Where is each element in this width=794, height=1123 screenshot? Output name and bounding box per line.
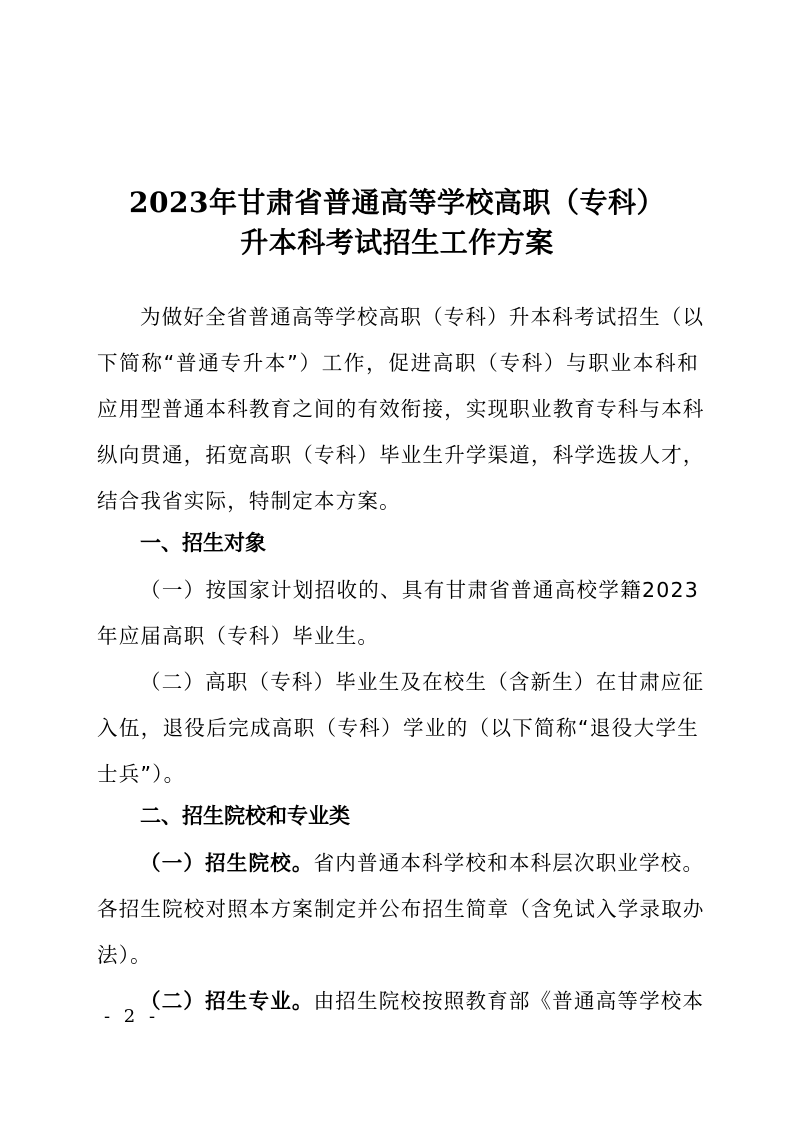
- intro-line-3: 应用型普通本科教育之间的有效衔接，实现职业教育专科与本科: [97, 392, 699, 422]
- page-number: - 2 -: [104, 1006, 159, 1027]
- intro-line-5: 结合我省实际，特制定本方案。: [97, 484, 699, 514]
- section-2-item-1-line-2: 各招生院校对照本方案制定并公布招生简章（含免试入学录取办: [97, 892, 699, 922]
- section-2-item-1-line-3: 法）。: [97, 938, 699, 968]
- section-1-item-2-line-2: 入伍，退役后完成高职（专科）学业的（以下简称“退役大学生: [97, 711, 699, 741]
- section-1-heading: 一、招生对象: [140, 527, 266, 557]
- intro-line-1: 为做好全省普通高等学校高职（专科）升本科考试招生（以: [140, 300, 699, 330]
- section-2-item-2-text: 由招生院校按照教育部《普通高等学校本: [314, 989, 705, 1013]
- section-1-item-1-line-2: 年应届高职（专科）毕业生。: [97, 619, 699, 649]
- document-title-line-2: 升本科考试招生工作方案: [0, 221, 794, 261]
- section-1-item-2-line-3: 士兵”）。: [97, 757, 699, 787]
- section-2-item-1-label: （一）招生院校。: [140, 851, 314, 875]
- section-2-heading: 二、招生院校和专业类: [140, 800, 350, 830]
- section-2-item-2-label: （二）招生专业。: [140, 989, 314, 1013]
- section-2-item-1-line-1: （一）招生院校。省内普通本科学校和本科层次职业学校。: [140, 846, 699, 876]
- intro-line-4: 纵向贯通，拓宽高职（专科）毕业生升学渠道，科学选拔人才，: [97, 438, 699, 468]
- section-1-item-1-line-1: （一）按国家计划招收的、具有甘肃省普通高校学籍2023: [140, 573, 699, 603]
- section-2-item-2-line-1: （二）招生专业。由招生院校按照教育部《普通高等学校本: [140, 984, 699, 1014]
- section-2-item-1-text: 省内普通本科学校和本科层次职业学校。: [314, 851, 705, 875]
- section-1-item-2-line-1: （二）高职（专科）毕业生及在校生（含新生）在甘肃应征: [140, 665, 699, 695]
- document-title-line-1: 2023年甘肃省普通高等学校高职（专科）: [0, 181, 794, 221]
- intro-line-2: 下简称“普通专升本”）工作，促进高职（专科）与职业本科和: [97, 346, 699, 376]
